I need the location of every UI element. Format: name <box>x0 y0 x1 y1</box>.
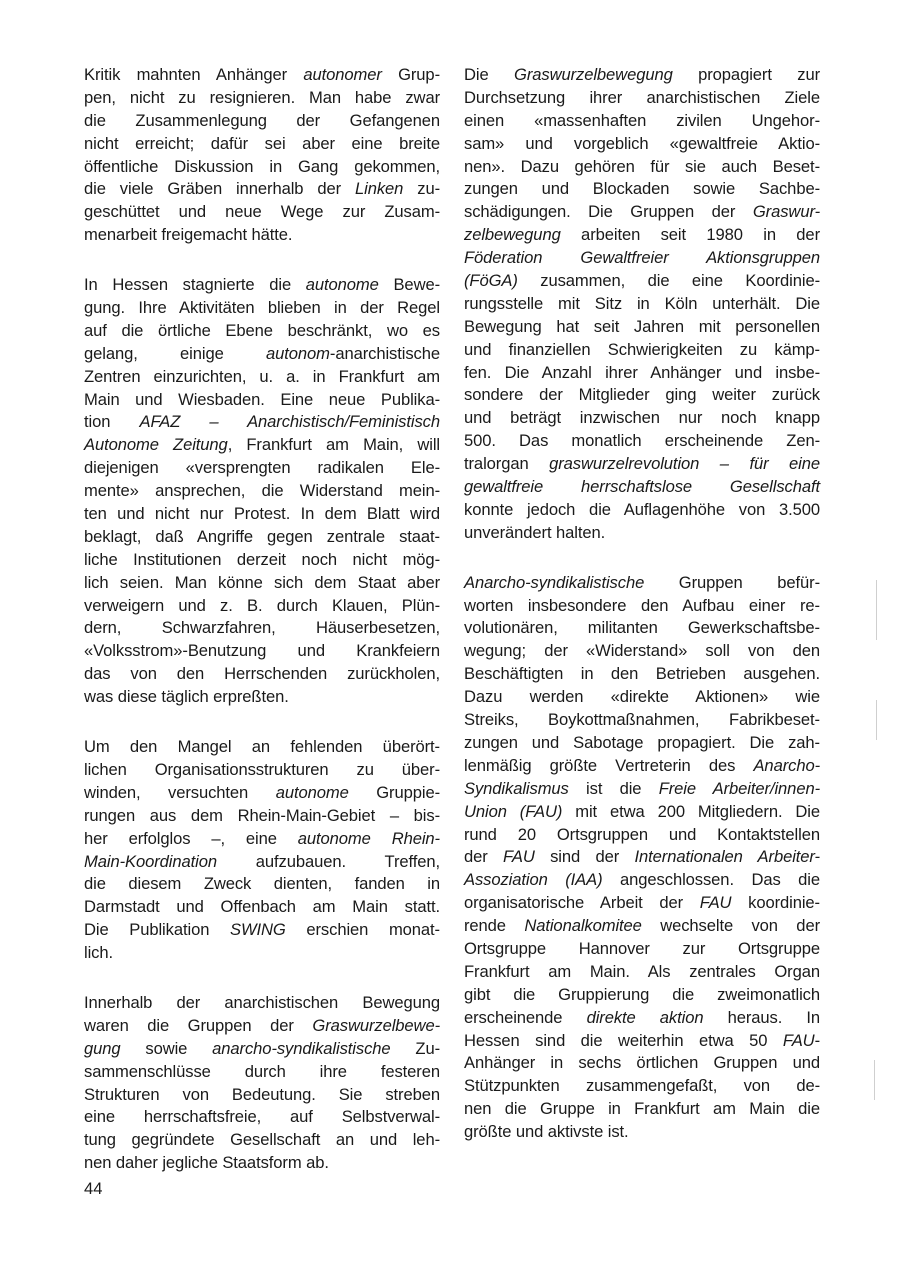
text: her erfolglos –, eine <box>84 829 298 848</box>
text: der <box>464 847 503 866</box>
italic-text: AFAZ – Anarchistisch/Feministisch <box>140 412 440 431</box>
text: Die <box>464 65 514 84</box>
text-line: diejenigen «versprengten radikalen Ele- <box>84 457 440 480</box>
text-line: Anarcho-syndikalistische Gruppen befür- <box>464 572 820 595</box>
text: Main und Wiesbaden. Eine neue Publika- <box>84 390 440 409</box>
text: sind der <box>535 847 635 866</box>
italic-text: Anarcho-syndikalistische <box>464 573 644 592</box>
text-line: In Hessen stagnierte die autonome Bewe- <box>84 274 440 297</box>
text-line: Dazu werden «direkte Aktionen» wie <box>464 686 820 709</box>
text-line: sammenschlüsse durch ihre festeren <box>84 1061 440 1084</box>
text-line: Main-Koordination aufzubauen. Treffen, <box>84 851 440 874</box>
text: sam» und vorgeblich «gewaltfreie Aktio- <box>464 134 820 153</box>
text-line: pen, nicht zu resignieren. Man habe zwar <box>84 87 440 110</box>
paragraph: Innerhalb der anarchistischen Bewegungwa… <box>84 992 440 1175</box>
text-line: Die Publikation SWING erschien monat- <box>84 919 440 942</box>
text: In Hessen stagnierte die <box>84 275 306 294</box>
text: lich seien. Man könne sich dem Staat abe… <box>84 573 440 592</box>
text-line: eine herrschaftsfreie, auf Selbstverwal- <box>84 1106 440 1129</box>
text-line: Föderation Gewaltfreier Aktionsgruppen <box>464 247 820 270</box>
text: fen. Die Anzahl ihrer Anhänger und insbe… <box>464 363 820 382</box>
text: Gruppie- <box>349 783 440 802</box>
text: sondere der Mitglieder ging weiter zurüc… <box>464 385 820 404</box>
text-line: erscheinende direkte aktion heraus. In <box>464 1007 820 1030</box>
text-line: lich. <box>84 942 440 965</box>
italic-text: Freie Arbeiter/innen- <box>659 779 820 798</box>
text: zungen und Blockaden sowie Sachbe- <box>464 179 820 198</box>
text-line: menarbeit freigemacht hätte. <box>84 224 440 247</box>
text: nen die Gruppe in Frankfurt am Main die <box>464 1099 820 1118</box>
text-line: Frankfurt am Main. Als zentrales Organ <box>464 961 820 984</box>
text: volutionären, militanten Gewerkschaftsbe… <box>464 618 820 637</box>
text: was diese täglich erpreßten. <box>84 687 289 706</box>
text: größte und aktivste ist. <box>464 1122 629 1141</box>
text: Hessen sind die weiterhin etwa 50 <box>464 1031 783 1050</box>
text: Gruppen befür- <box>644 573 820 592</box>
text-line: Beschäftigten in den Betrieben ausgehen. <box>464 663 820 686</box>
text-line: Kritik mahnten Anhänger autonomer Grup- <box>84 64 440 87</box>
text: propagiert zur <box>673 65 820 84</box>
text-line: Syndikalismus ist die Freie Arbeiter/inn… <box>464 778 820 801</box>
text: Strukturen von Bedeutung. Sie streben <box>84 1085 440 1104</box>
document-page: Kritik mahnten Anhänger autonomer Grup-p… <box>0 0 900 1276</box>
text: rungen aus dem Rhein-Main-Gebiet – bis- <box>84 806 440 825</box>
text: konnte jedoch die Auflagenhöhe von 3.500 <box>464 500 820 519</box>
italic-text: Linken <box>355 179 403 198</box>
page-number: 44 <box>84 1178 102 1200</box>
italic-text: Autonome Zeitung <box>84 435 228 454</box>
text-line: rungsstelle mit Sitz in Köln unterhält. … <box>464 293 820 316</box>
text-line: die diesem Zweck dienten, fanden in <box>84 873 440 896</box>
scan-artifact <box>876 580 877 640</box>
text: mente» ansprechen, die Widerstand mein- <box>84 481 440 500</box>
text: Durchsetzung ihrer anarchistischen Ziele <box>464 88 820 107</box>
italic-text: graswurzelrevolution – für eine <box>549 454 820 473</box>
italic-text: Internationalen Arbeiter- <box>635 847 820 866</box>
text: lich. <box>84 943 113 962</box>
text: Bewe- <box>379 275 440 294</box>
text: sowie <box>121 1039 213 1058</box>
text-line: der FAU sind der Internationalen Arbeite… <box>464 846 820 869</box>
text: ten und nicht nur Protest. In dem Blatt … <box>84 504 440 523</box>
text: - <box>815 1031 820 1050</box>
scan-artifact <box>876 700 877 740</box>
text: diejenigen «versprengten radikalen Ele- <box>84 458 440 477</box>
italic-text: Graswurzelbewegung <box>514 65 673 84</box>
text-line: was diese täglich erpreßten. <box>84 686 440 709</box>
text-line: organisatorische Arbeit der FAU koordini… <box>464 892 820 915</box>
text: arbeiten seit 1980 in der <box>561 225 820 244</box>
text-line: das von den Herrschenden zurückholen, <box>84 663 440 686</box>
text: Dazu werden «direkte Aktionen» wie <box>464 687 820 706</box>
text: auf die örtliche Ebene beschränkt, wo es <box>84 321 440 340</box>
text-line: lich seien. Man könne sich dem Staat abe… <box>84 572 440 595</box>
text-line: öffentliche Diskussion in Gang gekommen, <box>84 156 440 179</box>
text: zungen und Sabotage propagiert. Die zah- <box>464 733 820 752</box>
text: Stützpunkten zusammengefaßt, von de- <box>464 1076 820 1095</box>
text: wechselte von der <box>642 916 820 935</box>
text: angeschlossen. Das die <box>603 870 820 889</box>
italic-text: Anarcho- <box>753 756 820 775</box>
text: rund 20 Ortsgruppen und Kontaktstellen <box>464 825 820 844</box>
text-line: gung. Ihre Aktivitäten blieben in der Re… <box>84 297 440 320</box>
text: «Volksstrom»-Benutzung und Krankfeiern <box>84 641 440 660</box>
italic-text: gung <box>84 1039 121 1058</box>
text: menarbeit freigemacht hätte. <box>84 225 292 244</box>
text: Beschäftigten in den Betrieben ausgehen. <box>464 664 820 683</box>
text: die viele Gräben innerhalb der <box>84 179 355 198</box>
text: lenmäßig größte Vertreterin des <box>464 756 753 775</box>
text: Kritik mahnten Anhänger <box>84 65 303 84</box>
text-line: lenmäßig größte Vertreterin des Anarcho- <box>464 755 820 778</box>
text-line: die Zusammenlegung der Gefangenen <box>84 110 440 133</box>
text-line: gung sowie anarcho-syndikalistische Zu- <box>84 1038 440 1061</box>
text: Innerhalb der anarchistischen Bewegung <box>84 993 440 1012</box>
text-line: waren die Gruppen der Graswurzelbewe- <box>84 1015 440 1038</box>
text-line: Ortsgruppe Hannover zur Ortsgruppe <box>464 938 820 961</box>
text: Ortsgruppe Hannover zur Ortsgruppe <box>464 939 820 958</box>
text: gung. Ihre Aktivitäten blieben in der Re… <box>84 298 440 317</box>
text-line: Strukturen von Bedeutung. Sie streben <box>84 1084 440 1107</box>
text-line: zelbewegung arbeiten seit 1980 in der <box>464 224 820 247</box>
text: winden, versuchten <box>84 783 276 802</box>
text: gelang, einige <box>84 344 266 363</box>
text-line: dern, Schwarzfahren, Häuserbesetzen, <box>84 617 440 640</box>
text-line: nicht erreicht; dafür sei aber eine brei… <box>84 133 440 156</box>
text: zu- <box>403 179 440 198</box>
italic-text: anarcho-syndikalistische <box>212 1039 390 1058</box>
italic-text: FAU <box>783 1031 815 1050</box>
text: heraus. In <box>703 1008 820 1027</box>
text-line: auf die örtliche Ebene beschränkt, wo es <box>84 320 440 343</box>
text-line: sondere der Mitglieder ging weiter zurüc… <box>464 384 820 407</box>
italic-text: direkte aktion <box>587 1008 704 1027</box>
text: und beträgt inzwischen nur noch knapp <box>464 408 820 427</box>
text: Frankfurt am Main. Als zentrales Organ <box>464 962 820 981</box>
italic-text: Assoziation (IAA) <box>464 870 603 889</box>
scan-artifact <box>874 1060 875 1100</box>
italic-text: FAU <box>503 847 535 866</box>
text-line: Um den Mangel an fehlenden überört- <box>84 736 440 759</box>
paragraph: In Hessen stagnierte die autonome Bewe-g… <box>84 274 440 709</box>
text: mit etwa 200 Mitgliedern. Die <box>562 802 820 821</box>
text-line: Die Graswurzelbewegung propagiert zur <box>464 64 820 87</box>
text-line: liche Institutionen derzeit noch nicht m… <box>84 549 440 572</box>
italic-text: Syndikalismus <box>464 779 569 798</box>
text: lichen Organisationsstrukturen zu über- <box>84 760 440 779</box>
text-line: Durchsetzung ihrer anarchistischen Ziele <box>464 87 820 110</box>
text: Grup- <box>382 65 440 84</box>
text: öffentliche Diskussion in Gang gekommen, <box>84 157 440 176</box>
paragraph: Um den Mangel an fehlenden überört-liche… <box>84 736 440 965</box>
text: verweigern und z. B. durch Klauen, Plün- <box>84 596 440 615</box>
text-line: Innerhalb der anarchistischen Bewegung <box>84 992 440 1015</box>
text: zusammen, die eine Koordinie- <box>518 271 820 290</box>
text-line: sam» und vorgeblich «gewaltfreie Aktio- <box>464 133 820 156</box>
italic-text: Main-Koordination <box>84 852 217 871</box>
italic-text: Graswurzelbewe- <box>312 1016 440 1035</box>
text: tion <box>84 412 140 431</box>
italic-text: gewaltfreie herrschaftslose Gesellschaft <box>464 477 820 496</box>
text: schädigungen. Die Gruppen der <box>464 202 753 221</box>
left-column: Kritik mahnten Anhänger autonomer Grup-p… <box>84 64 440 1202</box>
text-line: tion AFAZ – Anarchistisch/Feministisch <box>84 411 440 434</box>
italic-text: zelbewegung <box>464 225 561 244</box>
text-line: ten und nicht nur Protest. In dem Blatt … <box>84 503 440 526</box>
text: 500. Das monatlich erscheinende Zen- <box>464 431 820 450</box>
text-line: volutionären, militanten Gewerkschaftsbe… <box>464 617 820 640</box>
italic-text: Föderation Gewaltfreier Aktionsgruppen <box>464 248 820 267</box>
text-line: tralorgan graswurzelrevolution – für ein… <box>464 453 820 476</box>
text-line: gewaltfreie herrschaftslose Gesellschaft <box>464 476 820 499</box>
text-line: «Volksstrom»-Benutzung und Krankfeiern <box>84 640 440 663</box>
text: , Frankfurt am Main, will <box>228 435 440 454</box>
paragraph: Die Graswurzelbewegung propagiert zurDur… <box>464 64 820 545</box>
text: erschien monat- <box>286 920 440 939</box>
text: nen daher jegliche Staatsform ab. <box>84 1153 329 1172</box>
text: eine herrschaftsfreie, auf Selbstverwal- <box>84 1107 440 1126</box>
paragraph: Kritik mahnten Anhänger autonomer Grup-p… <box>84 64 440 247</box>
text-line: Main und Wiesbaden. Eine neue Publika- <box>84 389 440 412</box>
text-line: Bewegung hat seit Jahren mit personellen <box>464 316 820 339</box>
text-line: unverändert halten. <box>464 522 820 545</box>
text: rungsstelle mit Sitz in Köln unterhält. … <box>464 294 820 313</box>
text: rende <box>464 916 524 935</box>
italic-text: (FöGA) <box>464 271 518 290</box>
text-line: zungen und Blockaden sowie Sachbe- <box>464 178 820 201</box>
text-line: rende Nationalkomitee wechselte von der <box>464 915 820 938</box>
text: Zu- <box>391 1039 440 1058</box>
text-line: einen «massenhaften zivilen Ungehor- <box>464 110 820 133</box>
text-line: verweigern und z. B. durch Klauen, Plün- <box>84 595 440 618</box>
text: geschüttet und neue Wege zur Zusam- <box>84 202 440 221</box>
text: Um den Mangel an fehlenden überört- <box>84 737 440 756</box>
text-line: nen». Dazu gehören für sie auch Beset- <box>464 156 820 179</box>
text-line: Stützpunkten zusammengefaßt, von de- <box>464 1075 820 1098</box>
text-line: Assoziation (IAA) angeschlossen. Das die <box>464 869 820 892</box>
text: die Zusammenlegung der Gefangenen <box>84 111 440 130</box>
text-line: winden, versuchten autonome Gruppie- <box>84 782 440 805</box>
text: einen «massenhaften zivilen Ungehor- <box>464 111 820 130</box>
text: worten insbesondere den Aufbau einer re- <box>464 596 820 615</box>
text-line: Anhänger in sechs örtlichen Gruppen und <box>464 1052 820 1075</box>
paragraph: Anarcho-syndikalistische Gruppen befür-w… <box>464 572 820 1144</box>
text-line: zungen und Sabotage propagiert. Die zah- <box>464 732 820 755</box>
italic-text: Union (FAU) <box>464 802 562 821</box>
text-line: Darmstadt und Offenbach am Main statt. <box>84 896 440 919</box>
italic-text: SWING <box>230 920 286 939</box>
text-line: beklagt, daß Angriffe gegen zentrale sta… <box>84 526 440 549</box>
text: wegung; der «Widerstand» soll von den <box>464 641 820 660</box>
text-line: lichen Organisationsstrukturen zu über- <box>84 759 440 782</box>
text: nen». Dazu gehören für sie auch Beset- <box>464 157 820 176</box>
text: liche Institutionen derzeit noch nicht m… <box>84 550 440 569</box>
text-line: Zentren einzurichten, u. a. in Frankfurt… <box>84 366 440 389</box>
text: ist die <box>569 779 659 798</box>
text-line: geschüttet und neue Wege zur Zusam- <box>84 201 440 224</box>
text: pen, nicht zu resignieren. Man habe zwar <box>84 88 440 107</box>
text-line: größte und aktivste ist. <box>464 1121 820 1144</box>
text: aufzubauen. Treffen, <box>217 852 440 871</box>
text: Anhänger in sechs örtlichen Gruppen und <box>464 1053 820 1072</box>
text: beklagt, daß Angriffe gegen zentrale sta… <box>84 527 440 546</box>
text-line: schädigungen. Die Gruppen der Graswur- <box>464 201 820 224</box>
text-line: 500. Das monatlich erscheinende Zen- <box>464 430 820 453</box>
text-line: gelang, einige autonom-anarchistische <box>84 343 440 366</box>
text: sammenschlüsse durch ihre festeren <box>84 1062 440 1081</box>
text-line: Streiks, Boykottmaßnahmen, Fabrikbeset- <box>464 709 820 732</box>
text-line: rungen aus dem Rhein-Main-Gebiet – bis- <box>84 805 440 828</box>
text-line: rund 20 Ortsgruppen und Kontaktstellen <box>464 824 820 847</box>
text-line: nen die Gruppe in Frankfurt am Main die <box>464 1098 820 1121</box>
text: koordinie- <box>731 893 820 912</box>
text: dern, Schwarzfahren, Häuserbesetzen, <box>84 618 440 637</box>
text: -anarchistische <box>330 344 440 363</box>
text: die diesem Zweck dienten, fanden in <box>84 874 440 893</box>
text: Die Publikation <box>84 920 230 939</box>
italic-text: Graswur- <box>753 202 820 221</box>
text-line: konnte jedoch die Auflagenhöhe von 3.500 <box>464 499 820 522</box>
text: Darmstadt und Offenbach am Main statt. <box>84 897 440 916</box>
text: Streiks, Boykottmaßnahmen, Fabrikbeset- <box>464 710 820 729</box>
text-line: wegung; der «Widerstand» soll von den <box>464 640 820 663</box>
text: organisatorische Arbeit der <box>464 893 700 912</box>
right-column: Die Graswurzelbewegung propagiert zurDur… <box>464 64 820 1171</box>
italic-text: autonome <box>276 783 349 802</box>
text-line: worten insbesondere den Aufbau einer re- <box>464 595 820 618</box>
text: unverändert halten. <box>464 523 605 542</box>
text: gibt die Gruppierung die zweimonatlich <box>464 985 820 1004</box>
italic-text: autonom <box>266 344 330 363</box>
text: Zentren einzurichten, u. a. in Frankfurt… <box>84 367 440 386</box>
text-line: Union (FAU) mit etwa 200 Mitgliedern. Di… <box>464 801 820 824</box>
text-line: Hessen sind die weiterhin etwa 50 FAU- <box>464 1030 820 1053</box>
text: das von den Herrschenden zurückholen, <box>84 664 440 683</box>
text: erscheinende <box>464 1008 587 1027</box>
text-line: und finanziellen Schwierigkeiten zu kämp… <box>464 339 820 362</box>
italic-text: autonomer <box>303 65 381 84</box>
text-line: fen. Die Anzahl ihrer Anhänger und insbe… <box>464 362 820 385</box>
italic-text: Nationalkomitee <box>524 916 641 935</box>
text-line: und beträgt inzwischen nur noch knapp <box>464 407 820 430</box>
text: und finanziellen Schwierigkeiten zu kämp… <box>464 340 820 359</box>
text-line: gibt die Gruppierung die zweimonatlich <box>464 984 820 1007</box>
text-line: Autonome Zeitung, Frankfurt am Main, wil… <box>84 434 440 457</box>
text: nicht erreicht; dafür sei aber eine brei… <box>84 134 440 153</box>
text: Bewegung hat seit Jahren mit personellen <box>464 317 820 336</box>
text-line: her erfolglos –, eine autonome Rhein- <box>84 828 440 851</box>
italic-text: FAU <box>700 893 732 912</box>
italic-text: autonome Rhein- <box>298 829 440 848</box>
text-line: mente» ansprechen, die Widerstand mein- <box>84 480 440 503</box>
text-line: (FöGA) zusammen, die eine Koordinie- <box>464 270 820 293</box>
text: tralorgan <box>464 454 549 473</box>
italic-text: autonome <box>306 275 379 294</box>
text-line: nen daher jegliche Staatsform ab. <box>84 1152 440 1175</box>
text: tung gegründete Gesellschaft an und leh- <box>84 1130 440 1149</box>
text-line: die viele Gräben innerhalb der Linken zu… <box>84 178 440 201</box>
text-line: tung gegründete Gesellschaft an und leh- <box>84 1129 440 1152</box>
text: waren die Gruppen der <box>84 1016 312 1035</box>
